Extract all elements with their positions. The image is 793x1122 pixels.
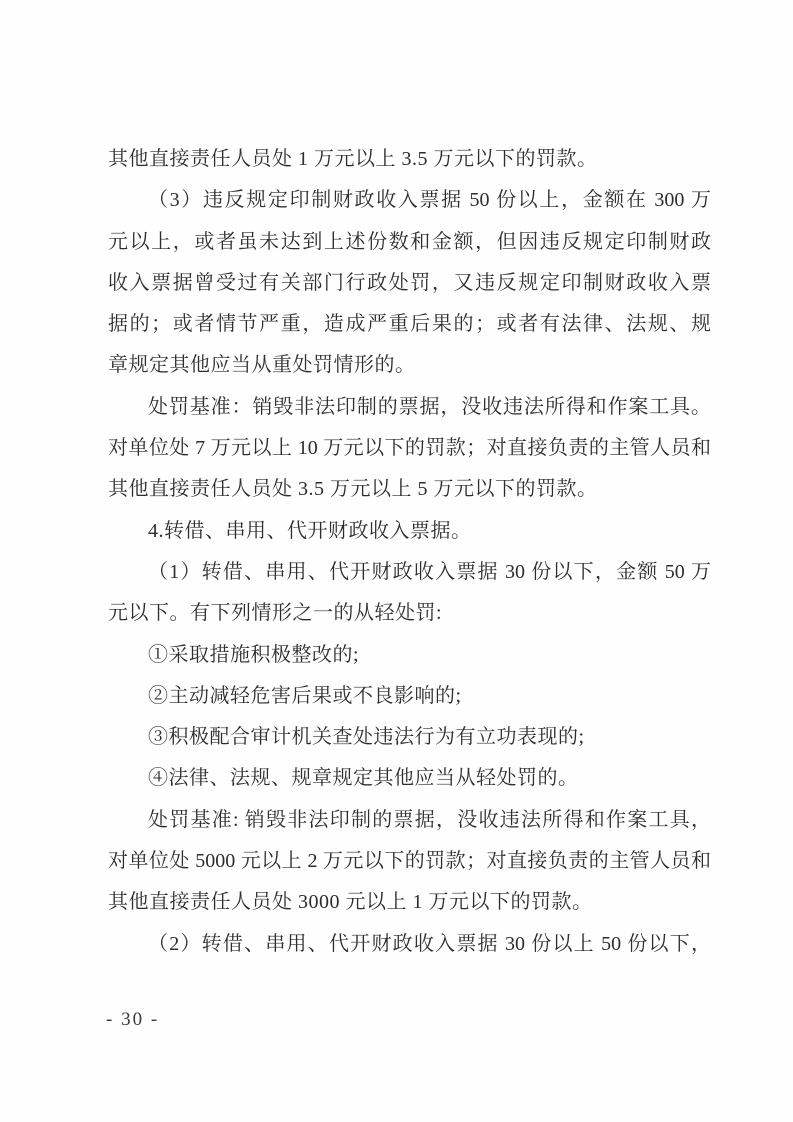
text-line: 处罚基准: 销毁非法印制的票据，没收违法所得和作案工具， xyxy=(108,800,711,841)
text-line: ④法律、法规、规章规定其他应当从轻处罚的。 xyxy=(108,758,711,799)
text-line: ②主动减轻危害后果或不良影响的; xyxy=(108,676,711,717)
document-page: 其他直接责任人员处 1 万元以上 3.5 万元以下的罚款。（3）违反规定印制财政… xyxy=(0,0,793,1122)
text-line: 其他直接责任人员处 3000 元以上 1 万元以下的罚款。 xyxy=(108,882,711,923)
document-lines: 其他直接责任人员处 1 万元以上 3.5 万元以下的罚款。（3）违反规定印制财政… xyxy=(108,139,711,965)
text-line: 元以下。有下列情形之一的从轻处罚: xyxy=(108,593,711,634)
text-line: ①采取措施积极整改的; xyxy=(108,635,711,676)
page-number: - 30 - xyxy=(106,1006,159,1034)
text-line: 对单位处 7 万元以上 10 万元以下的罚款；对直接负责的主管人员和 xyxy=(108,428,711,469)
text-line: 据的；或者情节严重，造成严重后果的；或者有法律、法规、规 xyxy=(108,304,711,345)
text-line: 4.转借、串用、代开财政收入票据。 xyxy=(108,511,711,552)
text-line: （3）违反规定印制财政收入票据 50 份以上，金额在 300 万 xyxy=(108,180,711,221)
text-line: （2）转借、串用、代开财政收入票据 30 份以上 50 份以下， xyxy=(108,924,711,965)
text-line: 对单位处 5000 元以上 2 万元以下的罚款；对直接负责的主管人员和 xyxy=(108,841,711,882)
text-line: （1）转借、串用、代开财政收入票据 30 份以下，金额 50 万 xyxy=(108,552,711,593)
text-line: ③积极配合审计机关查处违法行为有立功表现的; xyxy=(108,717,711,758)
text-line: 章规定其他应当从重处罚情形的。 xyxy=(108,345,711,386)
text-line: 元以上，或者虽未达到上述份数和金额，但因违反规定印制财政 xyxy=(108,222,711,263)
text-line: 收入票据曾受过有关部门行政处罚，又违反规定印制财政收入票 xyxy=(108,263,711,304)
text-line: 其他直接责任人员处 3.5 万元以上 5 万元以下的罚款。 xyxy=(108,469,711,510)
text-line: 其他直接责任人员处 1 万元以上 3.5 万元以下的罚款。 xyxy=(108,139,711,180)
text-line: 处罚基准：销毁非法印制的票据，没收违法所得和作案工具。 xyxy=(108,387,711,428)
